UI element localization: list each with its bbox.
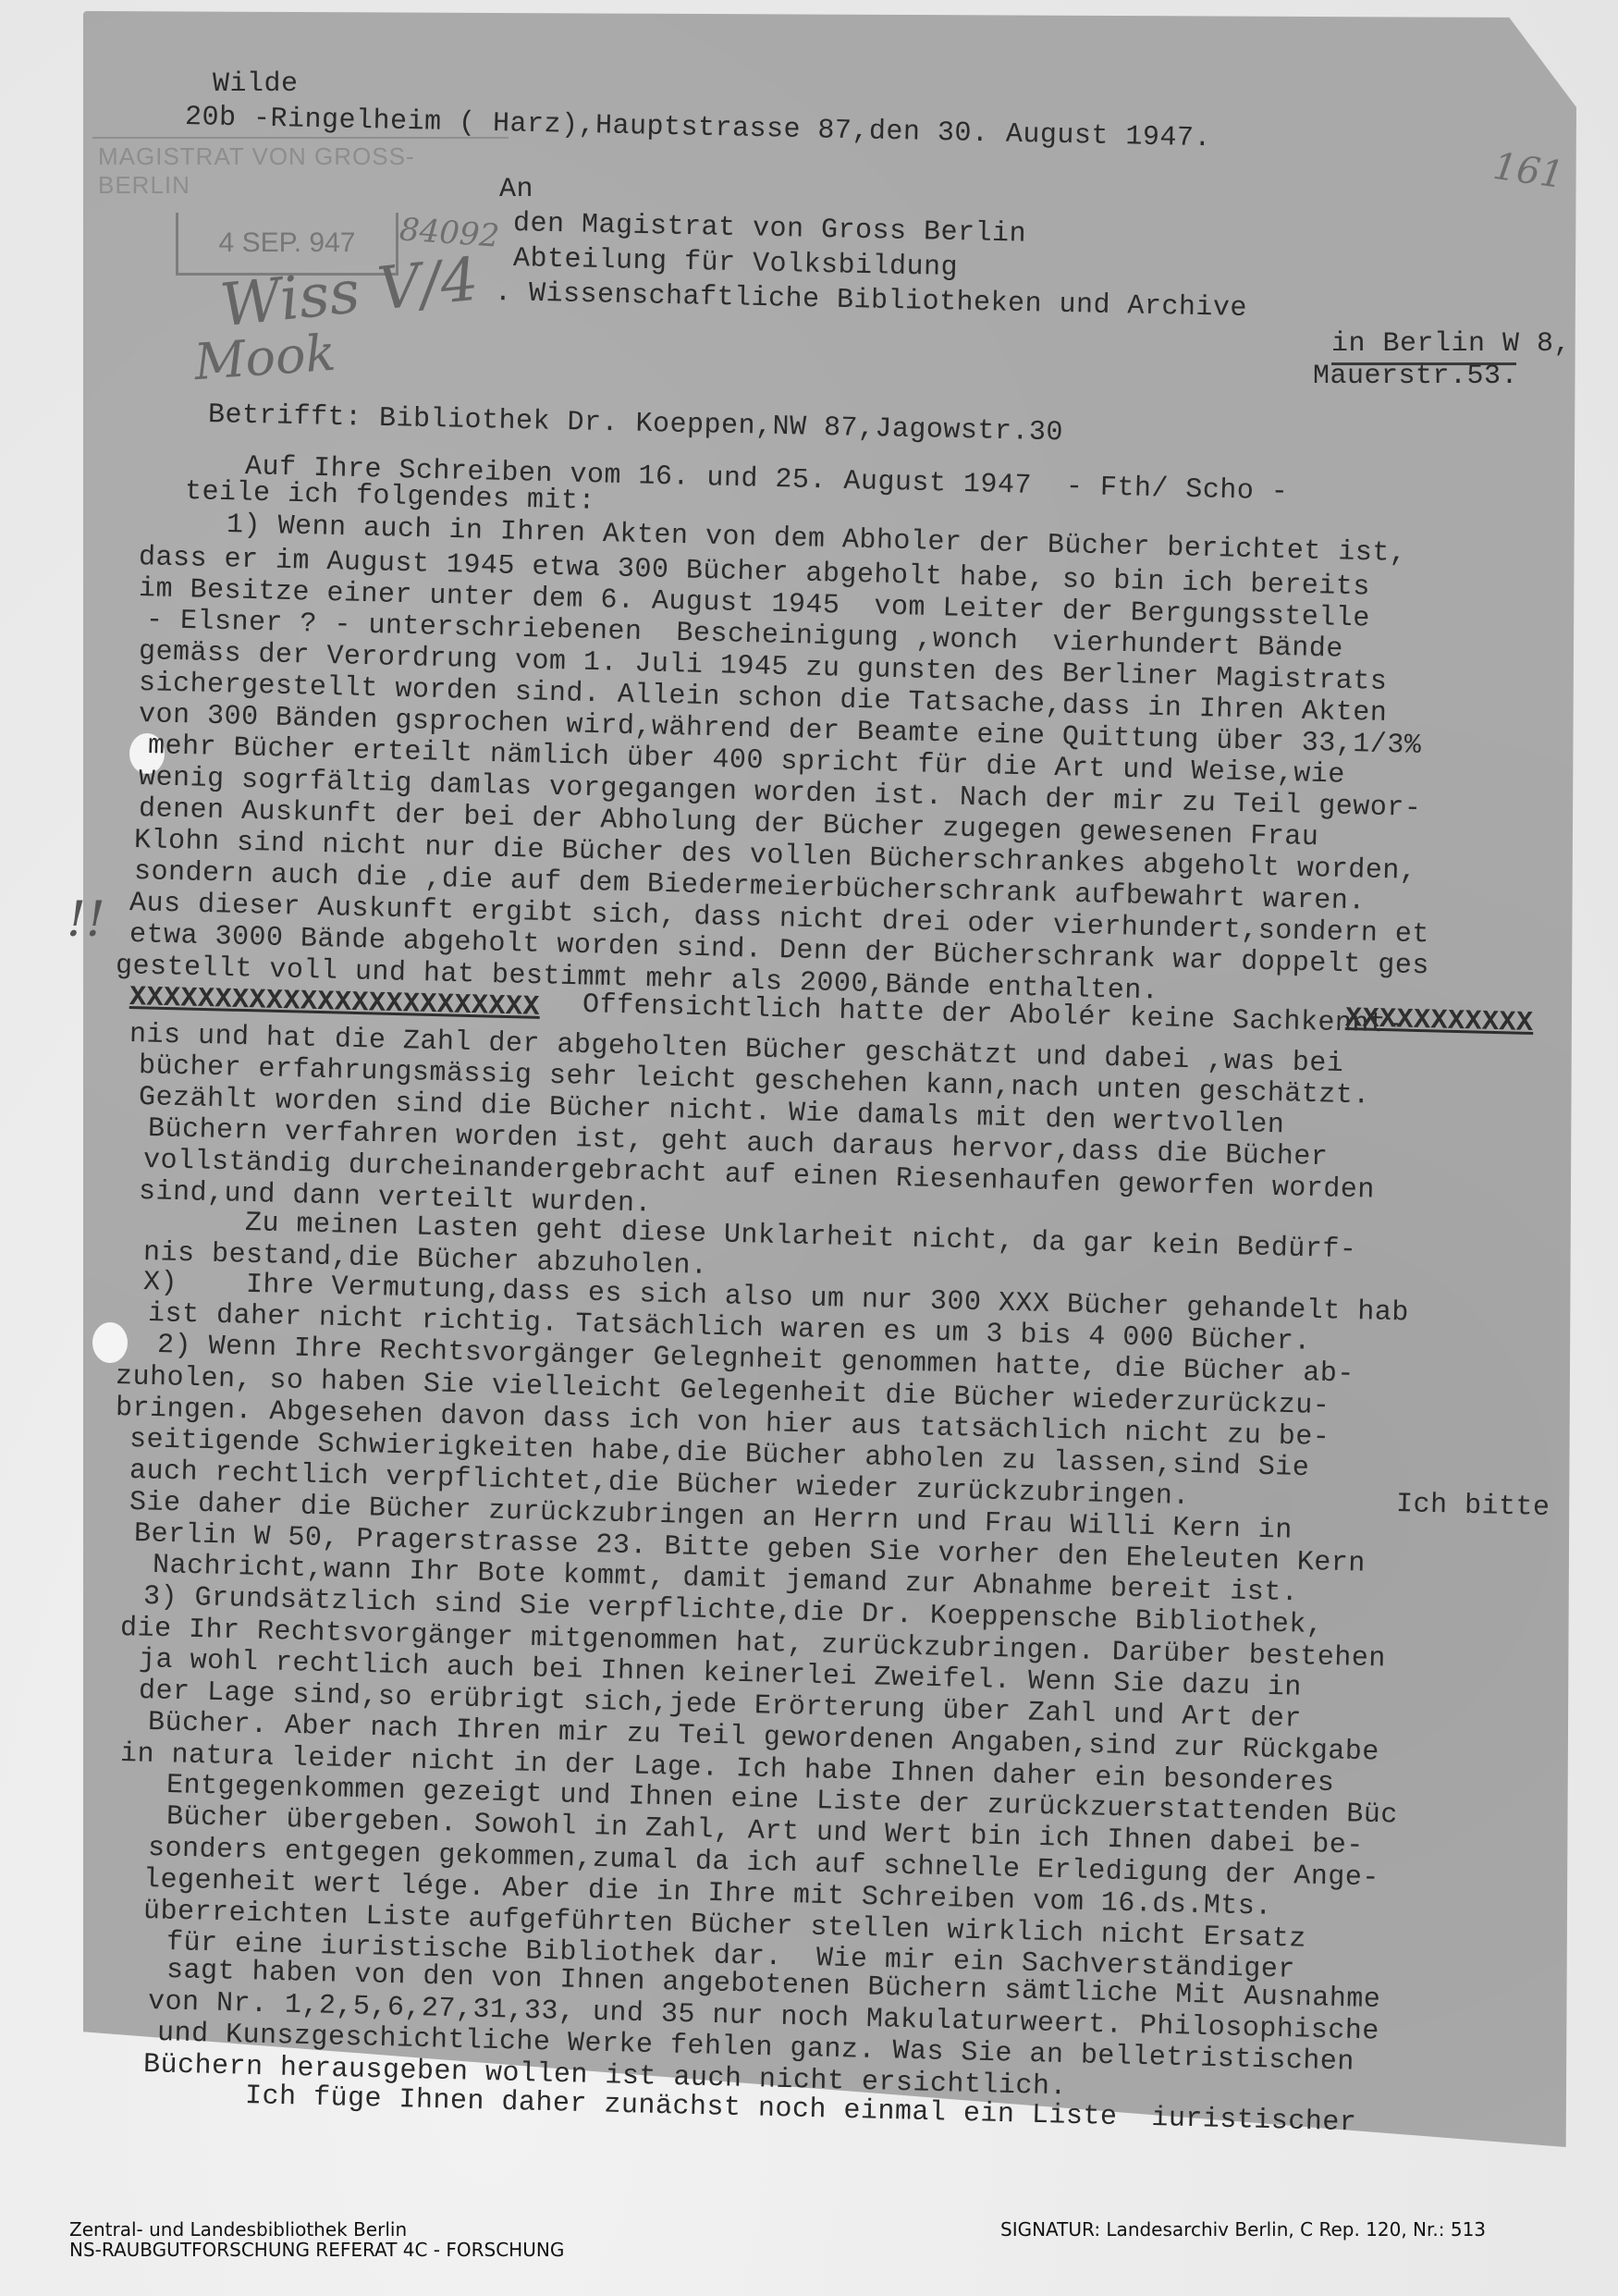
recipient-line-1: An bbox=[499, 174, 533, 205]
body-line: Ich bitte bbox=[1396, 1489, 1551, 1524]
recipient-line-4: . Wissenschaftliche Bibliotheken und Arc… bbox=[495, 277, 1248, 325]
archive-footer-left: Zentral- und Landesbibliothek Berlin NS-… bbox=[69, 2219, 564, 2260]
recipient-street: Mauerstr.53. bbox=[1313, 361, 1518, 392]
subject-line: Betrifft: Bibliothek Dr. Koeppen,NW 87,J… bbox=[208, 399, 1064, 448]
archive-signature: SIGNATUR: Landesarchiv Berlin, C Rep. 12… bbox=[1000, 2219, 1486, 2240]
struck-out-text: XXXXXXXXXXX bbox=[1345, 1003, 1534, 1039]
sender-address-date: 20b -Ringelheim ( Harz),Hauptstrasse 87,… bbox=[185, 102, 1212, 154]
recipient-city: in Berlin W 8, bbox=[1331, 328, 1571, 360]
footer-department: NS-RAUBGUTFORSCHUNG REFERAT 4C - FORSCHU… bbox=[69, 2240, 564, 2260]
typewritten-letter: Wilde 20b -Ringelheim ( Harz),Hauptstras… bbox=[0, 0, 1618, 2296]
footer-institution: Zentral- und Landesbibliothek Berlin bbox=[69, 2219, 564, 2240]
sender-name: Wilde bbox=[213, 68, 299, 100]
recipient-line-3: Abteilung für Volksbildung bbox=[513, 243, 959, 284]
